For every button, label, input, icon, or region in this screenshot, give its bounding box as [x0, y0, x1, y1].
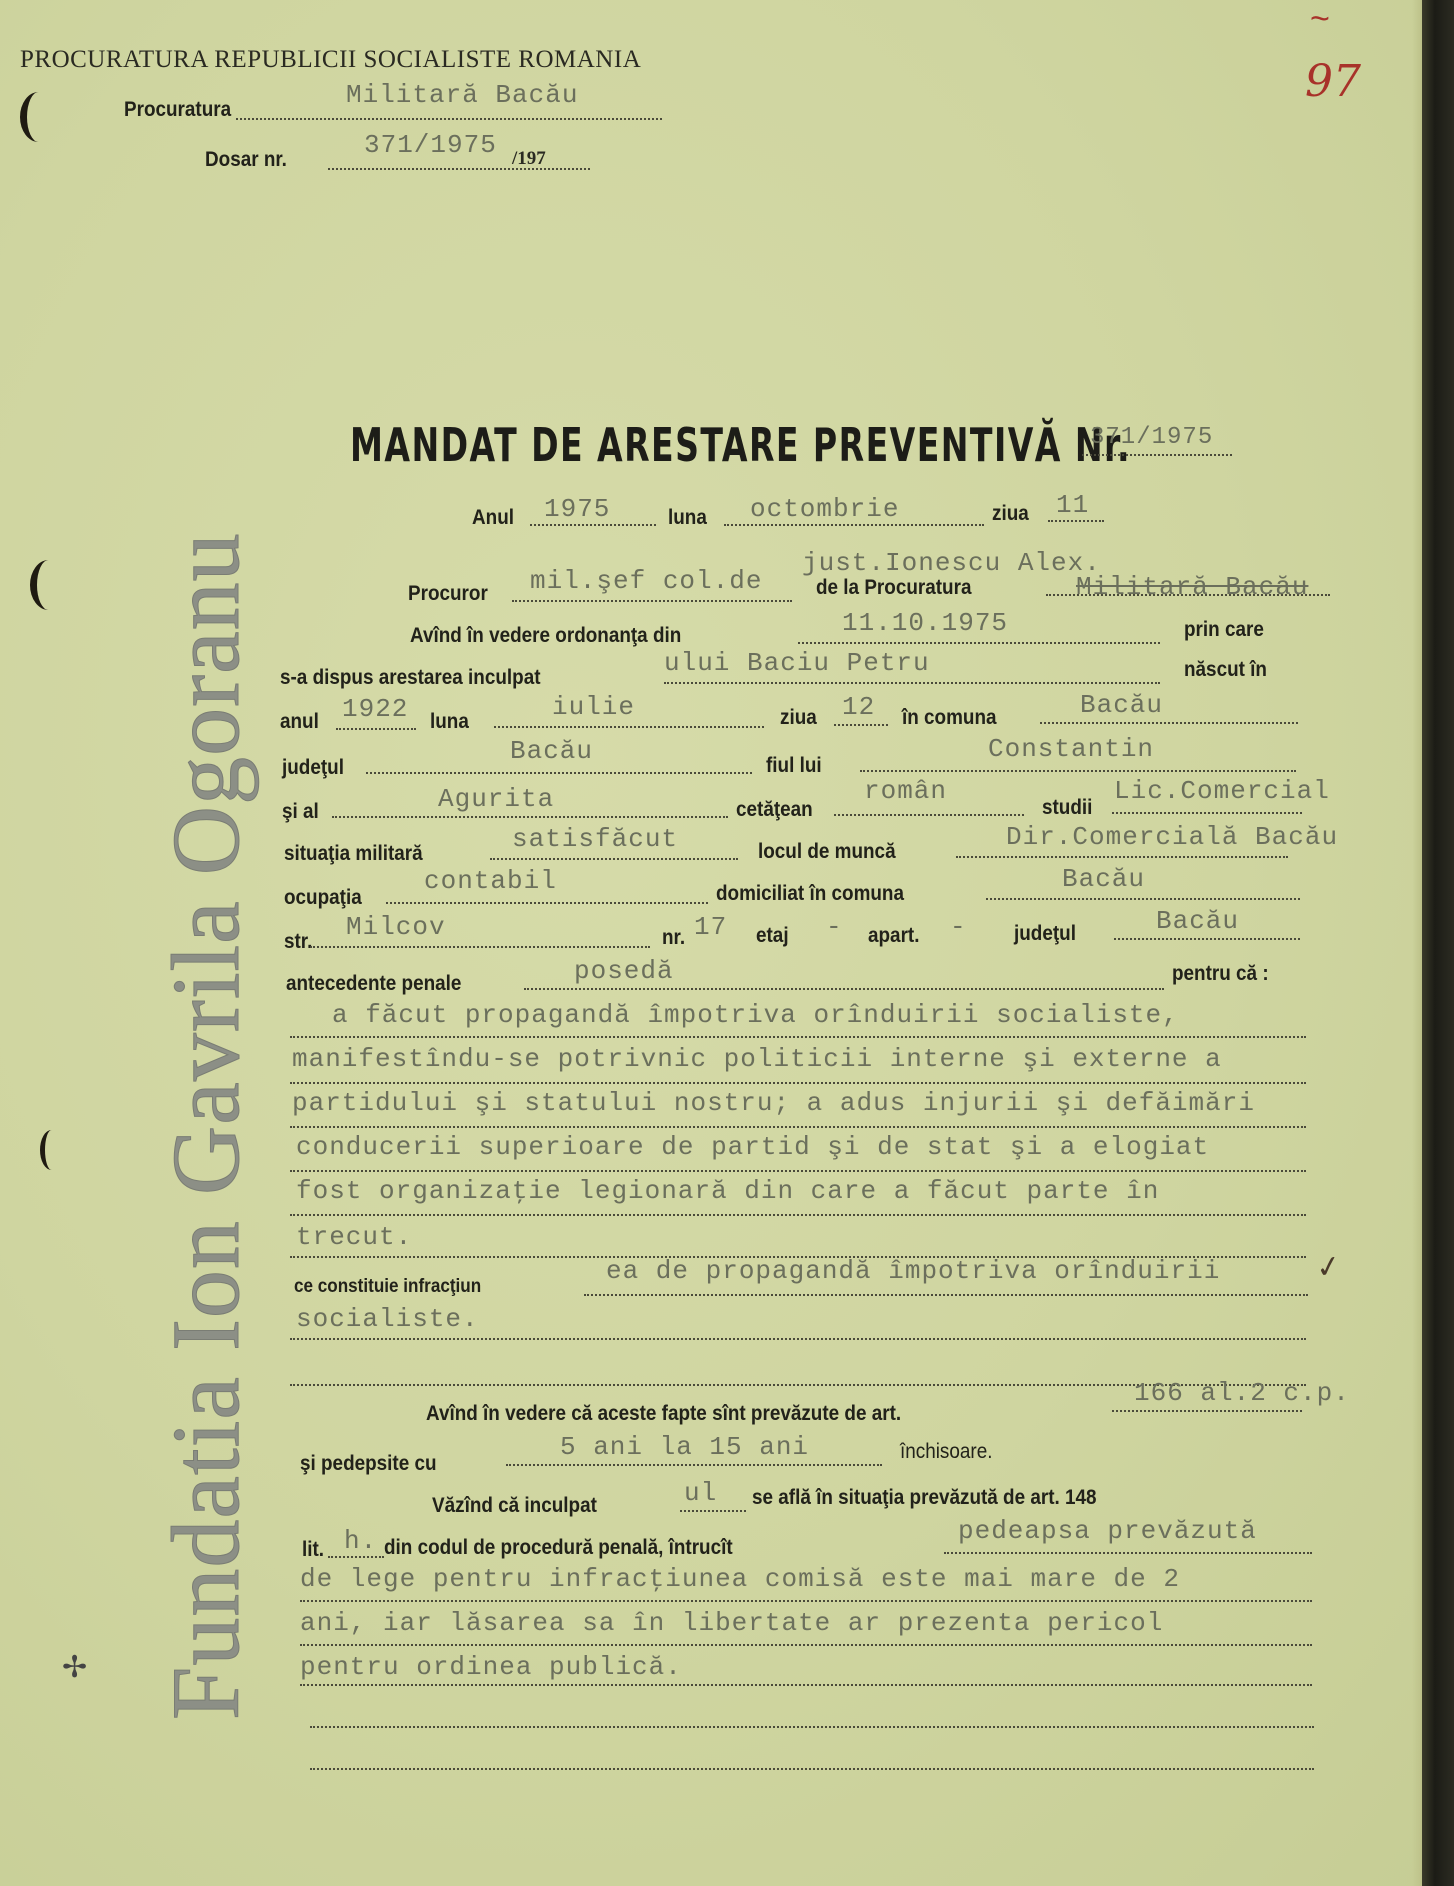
pedeapsa-suffix: închisoare. [900, 1440, 992, 1464]
dotted-line [1040, 722, 1298, 724]
inculpat-label: s-a dispus arestarea inculpat [280, 666, 541, 690]
initials-mark-icon: ~ [1310, 0, 1330, 39]
citizen-value: român [864, 776, 947, 806]
birth-month: iulie [552, 692, 635, 722]
ordonanta-date: 11.10.1975 [842, 608, 1008, 638]
pedeapsa-label: şi pedepsite cu [300, 1452, 437, 1476]
citizen-label: cetăţean [736, 798, 813, 822]
procuratura-from-value: Militară Bacău [1076, 572, 1308, 602]
studies-value: Lic.Comercial [1114, 776, 1330, 806]
birth-place: Bacău [1080, 690, 1163, 720]
dotted-line [366, 772, 752, 774]
dotted-line [332, 816, 728, 818]
birth-day: 12 [842, 692, 875, 722]
apt-label: apart. [868, 924, 919, 948]
ordonanta-label: Avînd în vedere ordonanţa din [410, 624, 681, 648]
dotted-line [310, 946, 650, 948]
birth-place-label: în comuna [902, 706, 997, 730]
procuratura-from-label: de la Procuratura [816, 576, 971, 600]
military-label: situaţia militară [284, 842, 423, 866]
dotted-line [328, 168, 590, 170]
birth-year-label: anul [280, 710, 319, 734]
reason-line: a făcut propagandă împotriva orînduirii … [332, 1000, 1179, 1030]
mandate-number: 371/1975 [1090, 424, 1213, 451]
dotted-line [290, 1170, 1306, 1172]
situatie-line: de lege pentru infracţiunea comisă este … [300, 1564, 1180, 1594]
month-label: luna [668, 506, 707, 530]
dotted-line [310, 1726, 1314, 1728]
situatie-label: Văzînd că inculpat [432, 1494, 597, 1518]
procuror-name: just.Ionescu Alex. [802, 548, 1101, 578]
watermark-text: Fundatia Ion Gavrila Ogoranu [150, 532, 261, 1720]
punch-hole-icon [20, 92, 57, 142]
procuror-rank: mil.şef col.de [530, 566, 762, 596]
born-label: născut în [1184, 658, 1267, 682]
cod-label: din codul de procedură penală, întrucît [384, 1536, 733, 1560]
nr-value: 17 [694, 912, 727, 942]
workplace-value: Dir.Comercială Bacău [1006, 822, 1338, 852]
dotted-line [584, 1294, 1308, 1296]
reason-line: manifestîndu-se potrivnic politicii inte… [292, 1044, 1222, 1074]
street-value: Milcov [346, 912, 446, 942]
dotted-line [310, 1768, 1314, 1770]
dotted-line [1112, 1410, 1302, 1412]
procuratura-value: Militară Bacău [346, 80, 578, 110]
situatie-line: ani, iar lăsarea sa în libertate ar prez… [300, 1608, 1163, 1638]
county-label: judeţul [282, 756, 344, 780]
dotted-line [664, 682, 1160, 684]
dotted-line [834, 814, 1024, 816]
dotted-line [300, 1644, 1312, 1646]
dotted-line [530, 524, 656, 526]
dotted-line [290, 1082, 1306, 1084]
address-county-value: Bacău [1156, 906, 1239, 936]
background-edge [1422, 0, 1454, 1886]
lit-label: lit. [302, 1538, 324, 1562]
dotted-line [490, 858, 738, 860]
dotted-line [1114, 938, 1300, 940]
lit-value: h. [344, 1526, 377, 1556]
dotted-line [860, 770, 1296, 772]
reason-line: trecut. [296, 1222, 412, 1252]
dotted-line [956, 856, 1288, 858]
year-label: Anul [472, 506, 514, 530]
dotted-line [512, 600, 792, 602]
infractiune-label: ce constituie infracţiun [294, 1276, 481, 1298]
dotted-line [1082, 454, 1232, 456]
staple-mark-icon: ✢ [62, 1650, 87, 1685]
prin-care-label: prin care [1184, 618, 1264, 642]
situatie-line: pedeapsa prevăzută [958, 1516, 1257, 1546]
dotted-line [1048, 520, 1104, 522]
dotted-line [680, 1510, 746, 1512]
dotted-line [290, 1214, 1306, 1216]
articol-value: 166 al.2 c.p. [1134, 1378, 1350, 1408]
mother-value: Agurita [438, 784, 554, 814]
apt-value: - [950, 912, 967, 942]
dotted-line [524, 988, 1164, 990]
address-county-label: judeţul [1014, 922, 1076, 946]
month-value: octombrie [750, 494, 899, 524]
document-title: MANDAT DE ARESTARE PREVENTIVĂ Nr. [350, 418, 1131, 472]
occupation-label: ocupaţia [284, 886, 362, 910]
dotted-line [944, 1552, 1312, 1554]
dotted-line [986, 898, 1300, 900]
county-value: Bacău [510, 736, 593, 766]
father-label: fiul lui [766, 754, 822, 778]
father-value: Constantin [988, 734, 1154, 764]
situatie-line: pentru ordinea publică. [300, 1652, 682, 1682]
infractiune-value: ea de propagandă împotriva orînduirii [606, 1256, 1220, 1286]
dotted-line [328, 1556, 384, 1558]
year-value: 1975 [544, 494, 610, 524]
dosar-label: Dosar nr. [205, 148, 287, 172]
institution-header: PROCURATURA REPUBLICII SOCIALISTE ROMANI… [20, 46, 641, 74]
dosar-value: 371/1975 [364, 130, 497, 160]
antecedente-value: posedă [574, 956, 674, 986]
articol-label: Avînd în vedere că aceste fapte sînt pre… [426, 1402, 901, 1426]
dotted-line [724, 524, 984, 526]
procuror-label: Procuror [408, 582, 488, 606]
floor-value: - [826, 912, 843, 942]
dotted-line [336, 728, 416, 730]
domicile-value: Bacău [1062, 864, 1145, 894]
birth-day-label: ziua [780, 706, 817, 730]
mother-label: şi al [282, 800, 319, 824]
workplace-label: locul de muncă [758, 840, 896, 864]
dotted-line [386, 902, 708, 904]
dotted-line [290, 1338, 1306, 1340]
reason-line: fost organizaţie legionară din care a fă… [296, 1176, 1159, 1206]
pedeapsa-value: 5 ani la 15 ani [560, 1432, 809, 1462]
situatie-value: ul [684, 1478, 717, 1508]
dotted-line [494, 726, 764, 728]
dotted-line [506, 1464, 882, 1466]
because-label: pentru că : [1172, 962, 1269, 986]
dosar-suffix: /197 [512, 148, 546, 170]
reason-line: partidului şi statului nostru; a adus in… [292, 1088, 1255, 1118]
page-number: 97 [1305, 56, 1361, 107]
dotted-line [798, 642, 1160, 644]
antecedente-label: antecedente penale [286, 972, 461, 996]
dotted-line [300, 1684, 1312, 1686]
punch-hole-icon [30, 560, 67, 610]
dotted-line [290, 1126, 1306, 1128]
day-label: ziua [992, 502, 1029, 526]
dotted-line [1112, 812, 1302, 814]
dotted-line [236, 118, 662, 120]
punch-hole-icon [40, 1130, 63, 1170]
dotted-line [290, 1036, 1306, 1038]
birth-month-label: luna [430, 710, 469, 734]
reason-line: conducerii superioare de partid şi de st… [296, 1132, 1209, 1162]
situatie-suffix: se află în situaţia prevăzută de art. 14… [752, 1486, 1097, 1510]
inculpat-name: ului Baciu Petru [664, 648, 930, 678]
birth-year: 1922 [342, 694, 408, 724]
day-value: 11 [1056, 490, 1089, 520]
floor-label: etaj [756, 924, 789, 948]
dotted-line [300, 1600, 1312, 1602]
procuratura-label: Procuratura [124, 98, 231, 122]
infractiune-value-cont: socialiste. [296, 1304, 479, 1334]
dotted-line [834, 724, 888, 726]
military-value: satisfăcut [512, 824, 678, 854]
studies-label: studii [1042, 796, 1092, 820]
domicile-label: domiciliat în comuna [716, 882, 904, 906]
nr-label: nr. [662, 926, 685, 950]
street-label: str. [284, 930, 312, 954]
occupation-value: contabil [424, 866, 557, 896]
